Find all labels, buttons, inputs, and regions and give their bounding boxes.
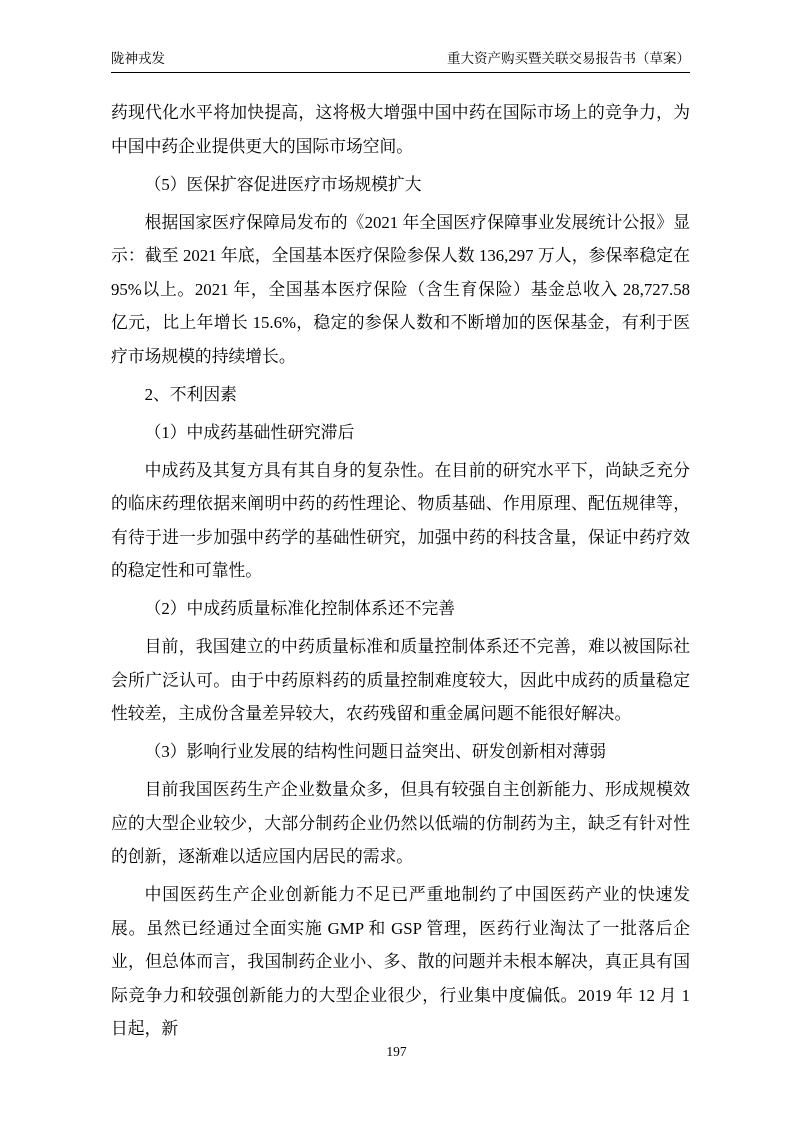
paragraph-quality-standard: 目前，我国建立的中药质量标准和质量控制体系还不完善，难以被国际社会所广泛认可。由… xyxy=(111,630,690,731)
header-company-short-name: 陇神戎发 xyxy=(111,50,165,67)
section-heading-5: （5）医保扩容促进医疗市场规模扩大 xyxy=(111,168,690,202)
subsection-heading-1: （1）中成药基础性研究滞后 xyxy=(111,416,690,450)
page-number: 197 xyxy=(386,1044,406,1059)
document-body: 药现代化水平将加快提高，这将极大增强中国中药在国际市场上的竞争力，为中国中药企业… xyxy=(111,96,690,1050)
subsection-heading-3: （3）影响行业发展的结构性问题日益突出、研发创新相对薄弱 xyxy=(111,735,690,769)
paragraph-innovation-capability: 中国医药生产企业创新能力不足已严重地制约了中国医药产业的快速发展。虽然已经通过全… xyxy=(111,878,690,1046)
document-page: 陇神戎发 重大资产购买暨关联交易报告书（草案） 药现代化水平将加快提高，这将极大… xyxy=(0,0,793,1122)
paragraph-continuation: 药现代化水平将加快提高，这将极大增强中国中药在国际市场上的竞争力，为中国中药企业… xyxy=(111,96,690,163)
page-footer: 197 xyxy=(0,1044,793,1060)
paragraph-basic-research: 中成药及其复方具有其自身的复杂性。在目前的研究水平下，尚缺乏充分的临床药理依据来… xyxy=(111,454,690,588)
paragraph-structural-problems: 目前我国医药生产企业数量众多，但具有较强自主创新能力、形成规模效应的大型企业较少… xyxy=(111,773,690,874)
page-header: 陇神戎发 重大资产购买暨关联交易报告书（草案） xyxy=(111,50,690,73)
paragraph-medical-insurance: 根据国家医疗保障局发布的《2021 年全国医疗保障事业发展统计公报》显示：截至 … xyxy=(111,206,690,374)
header-report-title: 重大资产购买暨关联交易报告书（草案） xyxy=(447,50,690,67)
subsection-heading-2: （2）中成药质量标准化控制体系还不完善 xyxy=(111,592,690,626)
section-heading-unfavorable-factors: 2、不利因素 xyxy=(111,378,690,412)
